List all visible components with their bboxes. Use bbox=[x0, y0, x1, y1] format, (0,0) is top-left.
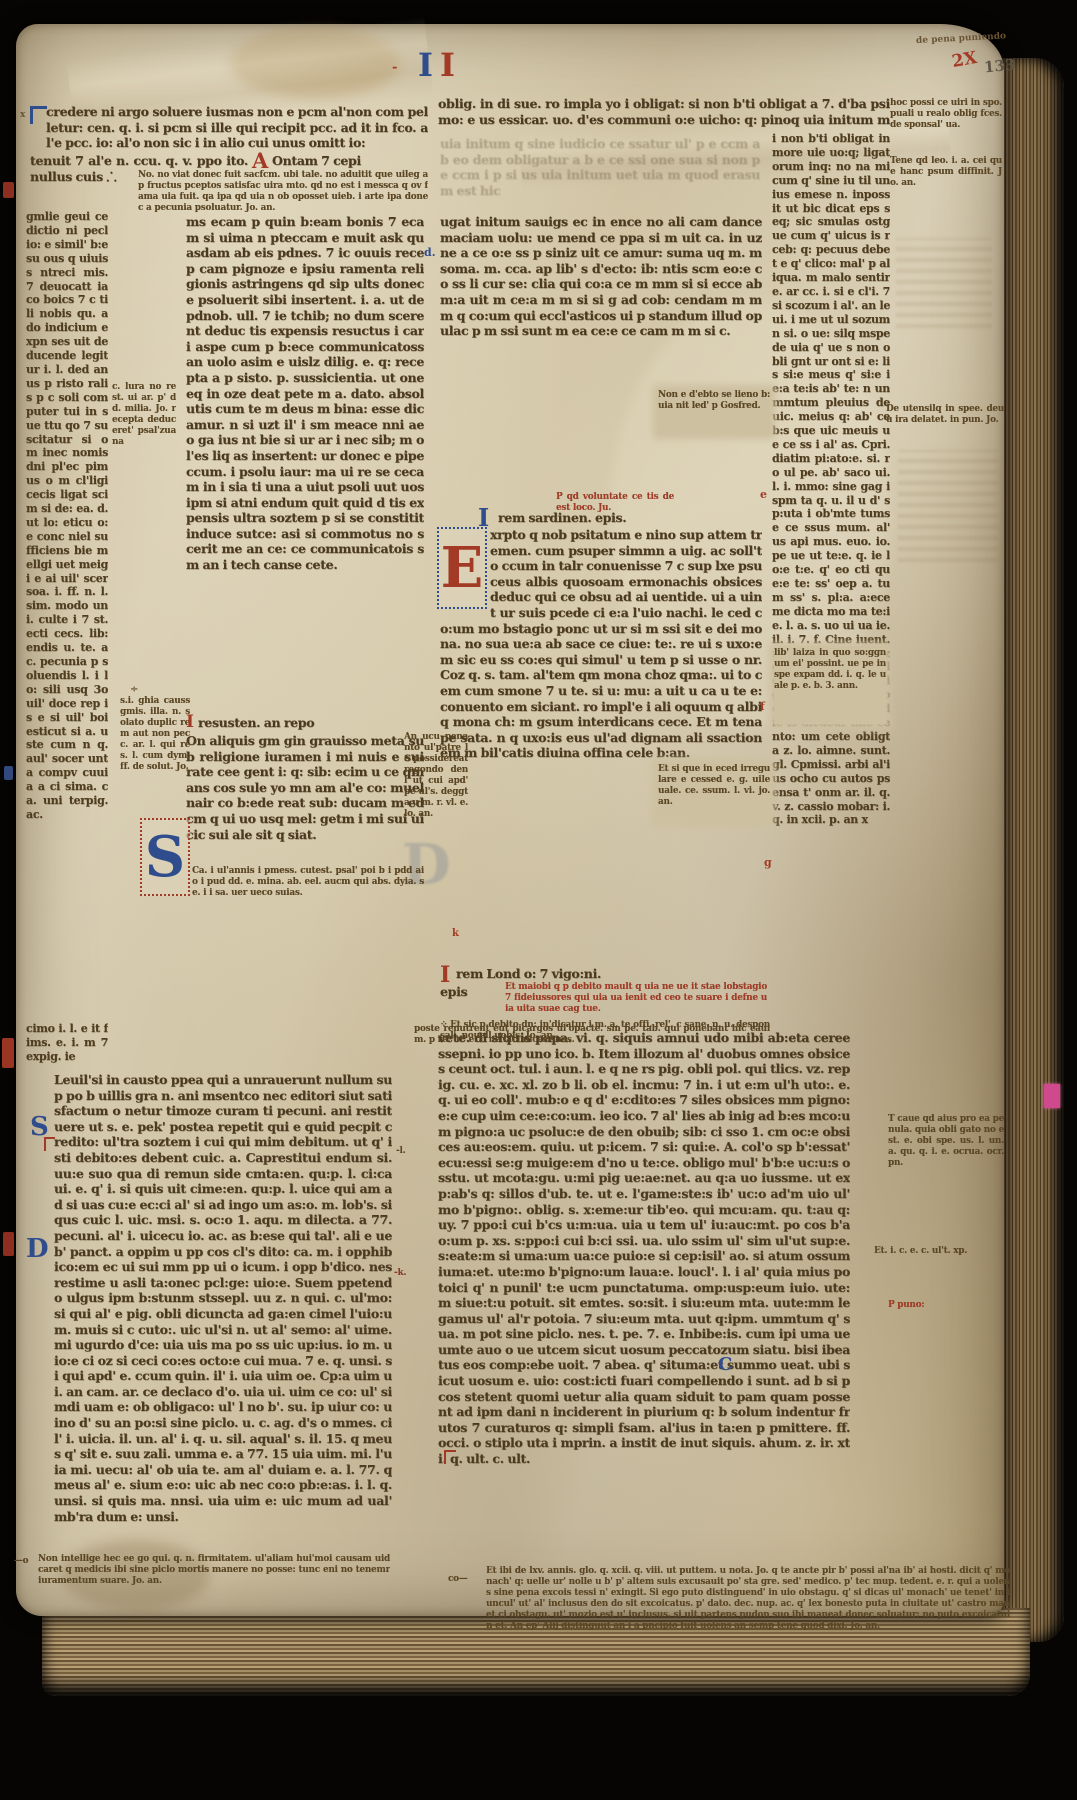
right-gloss-column: i non b'ti obligat in more uie uo:q; lig… bbox=[772, 132, 890, 932]
reference-letter-d: d. bbox=[424, 246, 436, 259]
lower-left-gloss-block: Leuil'si in causto ppea qui a unrauerunt… bbox=[54, 1072, 392, 1558]
reference-letter-k: -k. bbox=[394, 1268, 418, 1280]
book-fore-edge bbox=[996, 58, 1064, 1642]
header-dash-mark: - bbox=[392, 60, 397, 75]
red-ink-gloss: P qd voluntate ce tis de est loco. Ju. bbox=[556, 492, 674, 530]
manuscript-photo: - I I de pena puniendo 2X 133 x credere … bbox=[0, 0, 1077, 1800]
gutter-annotation: Et si que in eced irregulare e cessed e.… bbox=[658, 764, 770, 822]
red-ink-gloss: Et maiobi q p debito mault q uia ne ue i… bbox=[505, 982, 767, 1018]
gutter-annotation: An ucu pena nto ul'patre le possidereat … bbox=[404, 732, 468, 824]
column-1-small-tail: Ca. i ul'annis i pmess. cutest. psal' po… bbox=[192, 866, 424, 900]
margin-annotation: Tene qd leo. i. a. cei que hanc psum dif… bbox=[890, 156, 1002, 194]
gutter-annotation: c. lura no re st. ui ar. p' dd. milia. J… bbox=[112, 382, 176, 470]
lower-right-gloss-block: vete. di siquis papa. vi. q. siquis amnu… bbox=[438, 1030, 850, 1560]
facing-page-blue-edge-mark bbox=[4, 766, 13, 780]
reference-letter-f: f bbox=[760, 700, 765, 713]
footnote-commentary: Et ibi de lxv. annis. glo. q. xcii. q. v… bbox=[486, 1566, 1010, 1664]
reference-letter-e: e bbox=[760, 488, 767, 501]
column-1-rubric: resusten. an repo bbox=[198, 715, 358, 731]
header-roman-numeral-blue: I bbox=[418, 46, 433, 84]
column-2-rubric-london: rem Lond o: 7 vigo:ni. bbox=[456, 966, 676, 982]
tie-mark: ÷ bbox=[130, 684, 138, 695]
red-paragraph-bracket bbox=[44, 1137, 55, 1151]
gutter-annotation: Non e d'ebto se lieno b: uia nit led' p … bbox=[658, 390, 770, 434]
main-column-2-text: ugat initum sauigs ec in ence no ali cam… bbox=[440, 214, 762, 506]
red-correction-k: k bbox=[452, 928, 459, 939]
margin-annotation: De utensilq in spee. deuu ira delatet. i… bbox=[886, 404, 1004, 428]
column-1-section-text: On aliquis gm gin grauisso meta sub reli… bbox=[186, 733, 424, 863]
header-roman-numeral-red: I bbox=[440, 46, 455, 84]
top-gloss-line4: tenuit 7 al'e n. ccu. q. v. ppo ito. s. bbox=[30, 153, 248, 170]
gutter-annotation: lib' laiza in quo so:ggnum ei' possint. … bbox=[774, 648, 886, 724]
margin-annotation: T caue qd aius pro ea penula. quia obli … bbox=[888, 1114, 1004, 1172]
gutter-annotation: s.i. ghia causs gmis. illa. n. solato du… bbox=[120, 696, 190, 790]
illuminated-initial-s: S bbox=[140, 818, 190, 896]
red-paragraph-bracket bbox=[444, 1450, 456, 1464]
facing-page-red-edge-mark bbox=[2, 1038, 14, 1068]
rubric-initial-red: I bbox=[186, 712, 194, 732]
facing-page-red-edge-mark bbox=[3, 182, 14, 198]
main-column-1-text: ms ecam p quin b:eam bonis 7 ecam si uim… bbox=[186, 214, 424, 712]
left-margin-gloss-column: gmlie geui cedictio ni pecl io: e simil'… bbox=[26, 210, 108, 905]
main-column-2-top-lines: oblig. in di sue. ro impla yo i obligat:… bbox=[438, 96, 890, 129]
gloss-x-mark: x bbox=[20, 110, 25, 120]
illuminated-initial-e: E bbox=[437, 527, 487, 609]
reference-letter-g: g bbox=[764, 856, 772, 869]
facing-page-red-edge-mark bbox=[3, 1232, 14, 1256]
blue-paraph-mark: C bbox=[718, 1354, 732, 1375]
quire-mark: 2X bbox=[950, 48, 978, 72]
folio-number: 133 bbox=[983, 56, 1016, 77]
bottom-left-annotation: Non intellige hec ee go qui. q. n. firmi… bbox=[38, 1554, 390, 1592]
pink-bookmark-tab bbox=[1044, 1084, 1060, 1108]
footnote-tie-mark: co— bbox=[448, 1574, 482, 1586]
blue-bracket-mark bbox=[30, 106, 47, 124]
red-margin-word: P puno: bbox=[888, 1300, 958, 1312]
show-through-smudge bbox=[898, 450, 998, 562]
top-gloss-line4b: Ontam 7 cepi bbox=[272, 153, 428, 170]
blue-initial-d: D bbox=[26, 1234, 49, 1264]
margin-annotation: hoc possi ce uiri in spo. puali u realo … bbox=[890, 98, 1002, 136]
top-gloss-small: No. no viat donec fuit sacfcm. ubi tale.… bbox=[138, 170, 428, 216]
erased-faded-text: uia initum q sine iudicio ce ssatur ul' … bbox=[440, 136, 760, 212]
reference-letter-l: -l. bbox=[396, 1146, 420, 1158]
gutter-annotation: poste renutrent eut picargos ul'opacte. … bbox=[414, 1024, 770, 1060]
top-gloss-large: credere ni argo soluere iusmas non e pcm… bbox=[46, 104, 428, 153]
annotation-tie-mark: —o bbox=[14, 1556, 36, 1568]
margin-annotation: Et. i. c. e. c. ul't. xp. bbox=[874, 1246, 978, 1260]
top-gloss-tail: nullus cuis ⸫ bbox=[30, 169, 152, 186]
show-through-smudge bbox=[896, 238, 992, 328]
red-initial-a: A bbox=[252, 148, 268, 173]
rubric-initial-red: I bbox=[440, 962, 450, 988]
column-2-section-text: xrpto q nob psitatum e nino sup attem tr… bbox=[440, 527, 762, 963]
